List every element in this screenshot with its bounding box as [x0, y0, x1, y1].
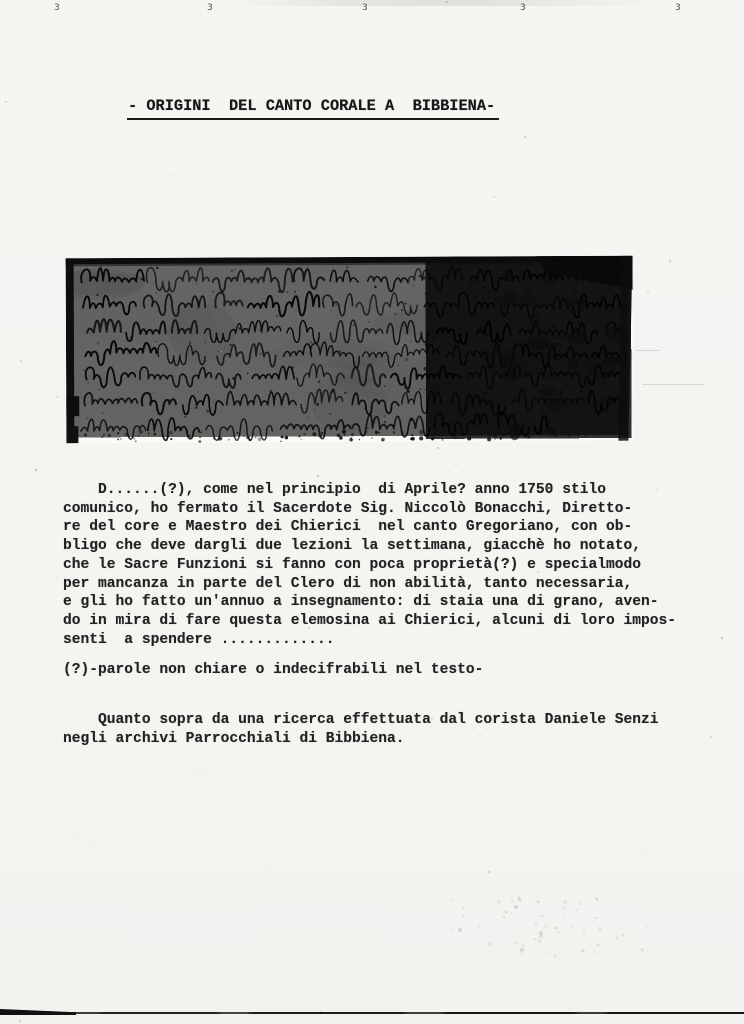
- legend-note: (?)-parole non chiare o indecifrabili ne…: [63, 661, 483, 680]
- scan-noise-top: [230, 0, 660, 6]
- document-title: - ORIGINI DEL CANTO CORALE A BIBBIENA-: [127, 98, 499, 120]
- scanned-page: 3 3 3 3 3 - ORIGINI DEL CANTO CORALE A B…: [0, 0, 744, 1024]
- manuscript-scan-image: [66, 256, 634, 443]
- scan-edge-line-thick: [0, 1009, 76, 1015]
- scan-streaks: [636, 342, 736, 392]
- registration-mark: 3: [207, 3, 213, 13]
- registration-mark: 3: [675, 3, 681, 13]
- scan-noise-patch: [448, 896, 658, 962]
- registration-mark: 3: [54, 3, 60, 13]
- scan-edge-line: [0, 1012, 744, 1014]
- attribution-paragraph: Quanto sopra da una ricerca effettuata d…: [63, 711, 659, 748]
- transcription-paragraph: D......(?), come nel principio di Aprile…: [63, 481, 676, 649]
